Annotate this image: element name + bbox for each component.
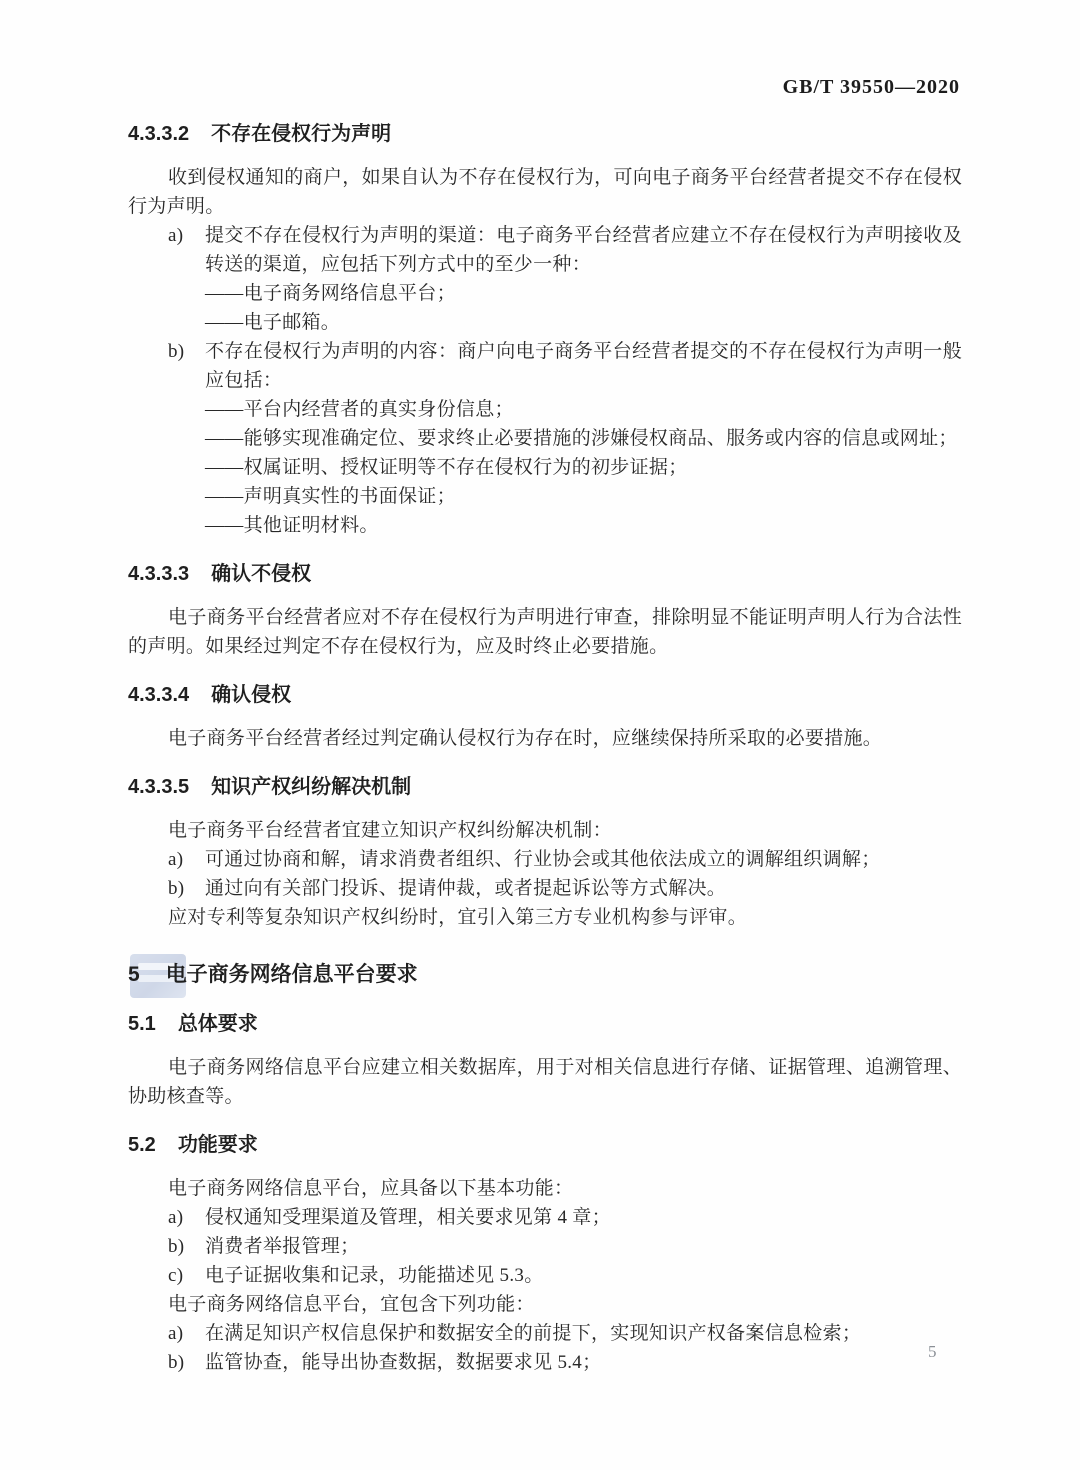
document-page: GB/T 39550—2020 4.3.3.2不存在侵权行为声明 收到侵权通知的… [0, 0, 1080, 1470]
list-item-label: b) [168, 1348, 184, 1377]
heading-number: 4.3.3.2 [128, 123, 189, 145]
paragraph: 电子商务网络信息平台，应具备以下基本功能： [128, 1174, 962, 1203]
dash-item: ——权属证明、授权证明等不存在侵权行为的初步证据； [205, 453, 962, 482]
list-item: b)通过向有关部门投诉、提请仲裁，或者提起诉讼等方式解决。 [128, 874, 962, 903]
heading-title: 总体要求 [178, 1013, 258, 1035]
list-item: b)消费者举报管理； [128, 1232, 962, 1261]
paragraph: 电子商务平台经营者宜建立知识产权纠纷解决机制： [128, 816, 962, 845]
section-heading-4332: 4.3.3.2不存在侵权行为声明 [128, 120, 962, 149]
list-item-label: a) [168, 221, 183, 250]
list-item-label: c) [168, 1261, 183, 1290]
dash-item: ——其他证明材料。 [205, 511, 962, 540]
list-item-label: a) [168, 1203, 183, 1232]
list-item-text: 监管协查，能导出协查数据，数据要求见 5.4； [205, 1352, 601, 1373]
paragraph: 电子商务平台经营者经过判定确认侵权行为存在时，应继续保持所采取的必要措施。 [128, 724, 962, 753]
list-item: a)提交不存在侵权行为声明的渠道：电子商务平台经营者应建立不存在侵权行为声明接收… [128, 221, 962, 279]
dash-item: ——电子邮箱。 [205, 308, 962, 337]
list-item-label: a) [168, 845, 183, 874]
section-heading-4334: 4.3.3.4确认侵权 [128, 681, 962, 710]
list-item-label: b) [168, 874, 184, 903]
list-item-label: b) [168, 337, 184, 366]
document-content: 4.3.3.2不存在侵权行为声明 收到侵权通知的商户，如果自认为不存在侵权行为，… [128, 120, 962, 1377]
dash-item: ——平台内经营者的真实身份信息； [205, 395, 962, 424]
heading-title: 功能要求 [178, 1134, 258, 1156]
list-item-text: 提交不存在侵权行为声明的渠道：电子商务平台经营者应建立不存在侵权行为声明接收及转… [205, 225, 962, 275]
list-item-label: b) [168, 1232, 184, 1261]
list-item-text: 电子证据收集和记录，功能描述见 5.3。 [205, 1265, 544, 1286]
dash-item: ——声明真实性的书面保证； [205, 482, 962, 511]
list-item-label: a) [168, 1319, 183, 1348]
chapter-heading-5: 5电子商务网络信息平台要求 [128, 960, 962, 990]
list-item-text: 侵权通知受理渠道及管理，相关要求见第 4 章； [205, 1207, 611, 1228]
section-heading-4335: 4.3.3.5知识产权纠纷解决机制 [128, 773, 962, 802]
heading-number: 5.2 [128, 1134, 156, 1156]
list-item: a)可通过协商和解，请求消费者组织、行业协会或其他依法成立的调解组织调解； [128, 845, 962, 874]
list-item-text: 可通过协商和解，请求消费者组织、行业协会或其他依法成立的调解组织调解； [205, 849, 881, 870]
paragraph: 应对专利等复杂知识产权纠纷时，宜引入第三方专业机构参与评审。 [128, 903, 962, 932]
list-item-text: 通过向有关部门投诉、提请仲裁，或者提起诉讼等方式解决。 [205, 878, 726, 899]
list-item-text: 在满足知识产权信息保护和数据安全的前提下，实现知识产权备案信息检索； [205, 1323, 861, 1344]
heading-title: 电子商务网络信息平台要求 [166, 963, 418, 986]
paragraph: 电子商务网络信息平台，宜包含下列功能： [128, 1290, 962, 1319]
heading-number: 4.3.3.5 [128, 776, 189, 798]
section-heading-52: 5.2功能要求 [128, 1131, 962, 1160]
dash-item: ——电子商务网络信息平台； [205, 279, 962, 308]
heading-number: 5 [128, 963, 140, 986]
heading-title: 确认不侵权 [211, 563, 311, 585]
list-item-text: 不存在侵权行为声明的内容：商户向电子商务平台经营者提交的不存在侵权行为声明一般应… [205, 341, 962, 391]
heading-number: 5.1 [128, 1013, 156, 1035]
heading-title: 知识产权纠纷解决机制 [211, 776, 411, 798]
paragraph: 收到侵权通知的商户，如果自认为不存在侵权行为，可向电子商务平台经营者提交不存在侵… [128, 163, 962, 221]
paragraph: 电子商务网络信息平台应建立相关数据库，用于对相关信息进行存储、证据管理、追溯管理… [128, 1053, 962, 1111]
list-item-text: 消费者举报管理； [205, 1236, 359, 1257]
dash-item: ——能够实现准确定位、要求终止必要措施的涉嫌侵权商品、服务或内容的信息或网址； [205, 424, 962, 453]
list-item: c)电子证据收集和记录，功能描述见 5.3。 [128, 1261, 962, 1290]
standard-code: GB/T 39550—2020 [0, 0, 1080, 100]
section-heading-51: 5.1总体要求 [128, 1010, 962, 1039]
list-item: b)不存在侵权行为声明的内容：商户向电子商务平台经营者提交的不存在侵权行为声明一… [128, 337, 962, 395]
heading-number: 4.3.3.4 [128, 684, 189, 706]
paragraph: 电子商务平台经营者应对不存在侵权行为声明进行审查，排除明显不能证明声明人行为合法… [128, 603, 962, 661]
heading-title: 确认侵权 [211, 684, 291, 706]
heading-title: 不存在侵权行为声明 [211, 123, 391, 145]
list-item: b)监管协查，能导出协查数据，数据要求见 5.4； [128, 1348, 962, 1377]
heading-number: 4.3.3.3 [128, 563, 189, 585]
list-item: a)侵权通知受理渠道及管理，相关要求见第 4 章； [128, 1203, 962, 1232]
section-heading-4333: 4.3.3.3确认不侵权 [128, 560, 962, 589]
list-item: a)在满足知识产权信息保护和数据安全的前提下，实现知识产权备案信息检索； [128, 1319, 962, 1348]
